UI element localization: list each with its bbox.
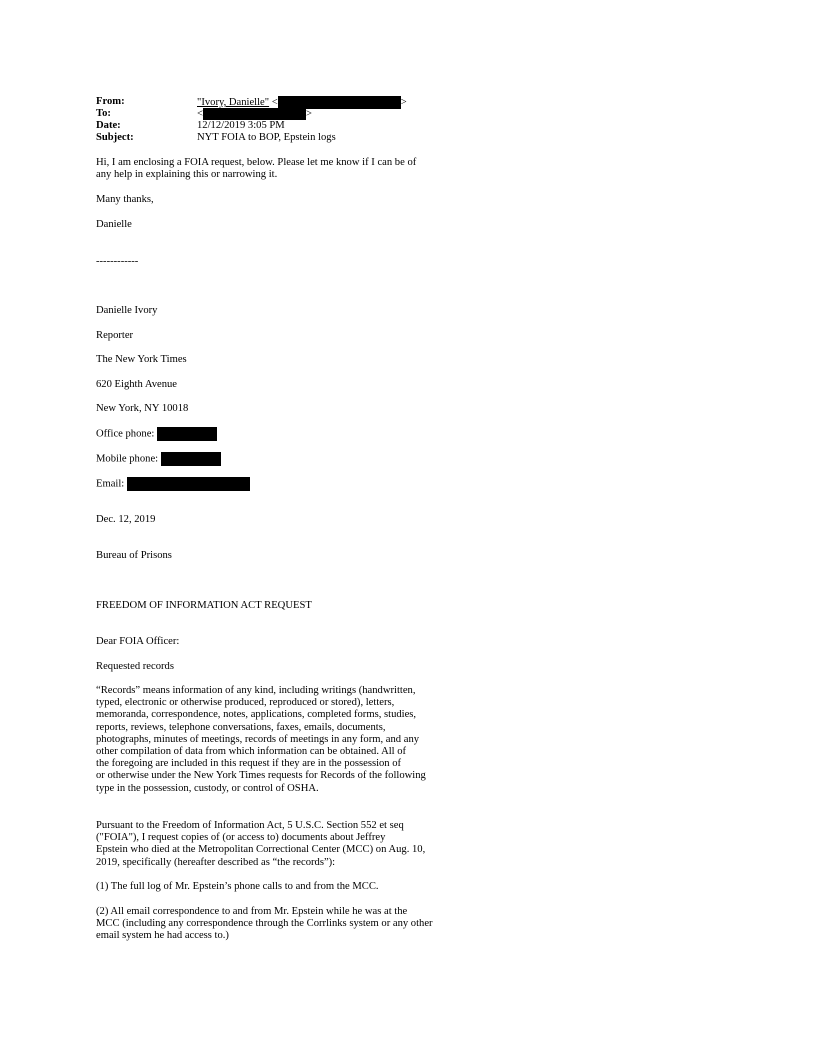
pursuant-paragraph: Pursuant to the Freedom of Information A… [96, 820, 441, 869]
records-definition: “Records” means information of any kind,… [96, 685, 441, 795]
mobile-phone-label: Mobile phone: [96, 453, 158, 464]
section-title: Requested records [96, 661, 174, 673]
office-phone-row: Office phone: [96, 427, 217, 441]
letter-date: Dec. 12, 2019 [96, 514, 155, 526]
office-phone-label: Office phone: [96, 428, 154, 439]
to-value: <> [197, 108, 312, 120]
request-item-2: (2) All email correspondence to and from… [96, 906, 441, 943]
request-item-1: (1) The full log of Mr. Epstein’s phone … [96, 881, 379, 893]
to-bracket-close: > [306, 108, 312, 119]
signature-address-line1: 620 Eighth Avenue [96, 379, 177, 391]
email-intro: Hi, I am enclosing a FOIA request, below… [96, 157, 441, 181]
redacted-office-phone [157, 427, 217, 441]
email-thanks: Many thanks, [96, 194, 154, 206]
signature-organization: The New York Times [96, 354, 187, 366]
redacted-to-email [203, 108, 306, 120]
signature-name: Danielle Ivory [96, 305, 157, 317]
email-signoff: Danielle [96, 219, 132, 231]
signature-address-line2: New York, NY 10018 [96, 403, 188, 415]
email-row: Email: [96, 477, 250, 491]
letter-recipient: Bureau of Prisons [96, 550, 172, 562]
subject-value: NYT FOIA to BOP, Epstein logs [197, 132, 336, 144]
date-value: 12/12/2019 3:05 PM [197, 120, 285, 132]
from-name-link[interactable]: "Ivory, Danielle" [197, 97, 269, 108]
from-label: From: [96, 96, 125, 108]
date-label: Date: [96, 120, 121, 132]
letter-heading: FREEDOM OF INFORMATION ACT REQUEST [96, 600, 312, 612]
signature-title: Reporter [96, 330, 133, 342]
redacted-email [127, 477, 250, 491]
to-label: To: [96, 108, 111, 120]
mobile-phone-row: Mobile phone: [96, 452, 221, 466]
document-page: From: "Ivory, Danielle" <> To: <> Date: … [0, 0, 816, 1056]
from-bracket-close: > [401, 97, 407, 108]
email-label: Email: [96, 478, 124, 489]
letter-salutation: Dear FOIA Officer: [96, 636, 179, 648]
separator-line: ------------ [96, 256, 138, 268]
subject-label: Subject: [96, 132, 134, 144]
redacted-mobile-phone [161, 452, 221, 466]
